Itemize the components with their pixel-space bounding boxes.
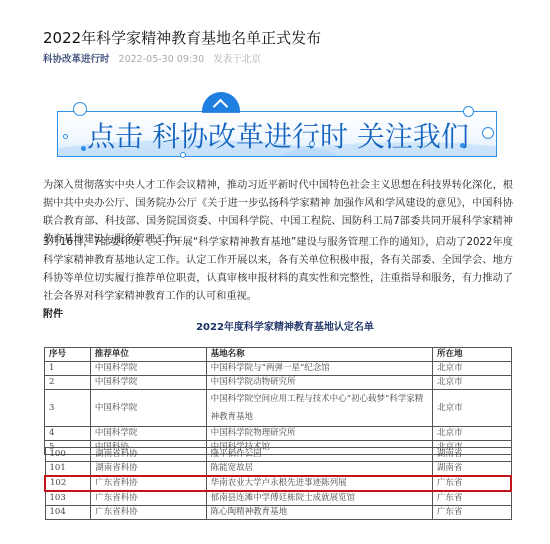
column-header-no: 序号: [45, 348, 91, 362]
column-header-name: 基地名称: [206, 348, 433, 362]
cell-no: 102: [45, 476, 91, 491]
article-meta: 科协改革进行时 2022-05-30 09:30 发表于北京: [43, 51, 261, 65]
cell-unit: 中国科学院: [90, 390, 206, 427]
cell-unit: 中国科学院: [90, 362, 206, 376]
cell-no: 1: [45, 362, 91, 376]
cell-name: 华南农业大学卢永根先进事迹陈列展: [206, 476, 432, 491]
cell-no: 3: [45, 390, 91, 427]
table-row: 103 广东省科协 郁南县连滩中学傅廷栋院士成就展览馆 广东省: [45, 491, 511, 506]
column-header-unit: 推荐单位: [90, 348, 206, 362]
cell-no: 103: [45, 491, 91, 506]
table-row: 1 中国科学院 中国科学院与“两弹一星”纪念馆 北京市: [45, 362, 512, 376]
cell-no: 4: [45, 427, 91, 441]
cell-name: 陈能宽故居: [206, 462, 432, 477]
roster-table-part1: 序号 推荐单位 基地名称 所在地 1 中国科学院 中国科学院与“两弹一星”纪念馆…: [44, 347, 512, 455]
cell-unit: 广东省科协: [91, 506, 206, 520]
cell-location: 北京市: [433, 362, 512, 376]
bubble-icon: [482, 127, 494, 139]
cell-unit: 广东省科协: [91, 476, 206, 491]
banner-text: 点击 科协改革进行时 关注我们: [58, 115, 497, 155]
cell-name: 陈心陶精神教育基地: [206, 506, 432, 520]
table-header-row: 序号 推荐单位 基地名称 所在地: [45, 348, 512, 362]
publish-location: 发表于北京: [213, 54, 261, 65]
cell-location: 北京市: [433, 376, 512, 390]
cell-no: 101: [45, 462, 91, 477]
bubble-icon: [309, 141, 315, 147]
cell-unit: 湖南省科协: [91, 462, 206, 477]
cell-no: 2: [45, 376, 91, 390]
table-row-highlighted: 102 广东省科协 华南农业大学卢永根先进事迹陈列展 广东省: [45, 476, 511, 491]
cell-location: 湖南省: [432, 462, 511, 477]
bubble-icon: [463, 106, 474, 117]
roster-table-part2: 100 湖南省科协 隆平稻作公园 湖南省 101 湖南省科协 陈能宽故居 湖南省…: [44, 447, 512, 520]
cell-name: 中国科学院物理研究所: [206, 427, 433, 441]
list-title: 2022年度科学家精神教育基地认定名单: [0, 318, 550, 333]
follow-banner[interactable]: 点击 科协改革进行时 关注我们: [57, 88, 499, 160]
cell-name: 郁南县连滩中学傅廷栋院士成就展览馆: [206, 491, 432, 506]
paragraph-notice: 3月16日，7部委印发《关于开展“科学家精神教育基地”建设与服务管理工作的通知》…: [43, 234, 513, 306]
publish-time: 2022-05-30 09:30: [119, 54, 205, 65]
table-row: 100 湖南省科协 隆平稻作公园 湖南省: [45, 448, 511, 462]
bubble-icon: [460, 143, 465, 148]
article-title: 2022年科学家精神教育基地名单正式发布: [43, 27, 321, 48]
account-name-link[interactable]: 科协改革进行时: [43, 54, 110, 65]
cell-unit: 中国科学院: [90, 427, 206, 441]
bubble-icon: [73, 102, 87, 116]
table-row: 2 中国科学院 中国科学院动物研究所 北京市: [45, 376, 512, 390]
cell-no: 100: [45, 448, 91, 462]
cell-name: 中国科学院动物研究所: [206, 376, 433, 390]
cell-no: 104: [45, 506, 91, 520]
column-header-location: 所在地: [433, 348, 512, 362]
bubble-icon: [63, 134, 68, 139]
cell-unit: 湖南省科协: [91, 448, 206, 462]
cell-name: 中国科学院与“两弹一星”纪念馆: [206, 362, 433, 376]
bubble-icon: [81, 146, 86, 151]
cell-unit: 广东省科协: [91, 491, 206, 506]
cell-location: 广东省: [432, 476, 511, 491]
cell-location: 湖南省: [432, 448, 511, 462]
table-row: 101 湖南省科协 陈能宽故居 湖南省: [45, 462, 511, 477]
cell-name: 中国科学院空间应用工程与技术中心“初心载梦”科学家精神教育基地: [206, 390, 433, 427]
cell-location: 广东省: [432, 491, 511, 506]
table-row: 104 广东省科协 陈心陶精神教育基地 广东省: [45, 506, 511, 520]
cell-location: 北京市: [433, 390, 512, 427]
table-row: 4 中国科学院 中国科学院物理研究所 北京市: [45, 427, 512, 441]
cell-name: 隆平稻作公园: [206, 448, 432, 462]
cell-unit: 中国科学院: [90, 376, 206, 390]
table-row: 3 中国科学院 中国科学院空间应用工程与技术中心“初心载梦”科学家精神教育基地 …: [45, 390, 512, 427]
cell-location: 北京市: [433, 427, 512, 441]
cell-location: 广东省: [432, 506, 511, 520]
banner-box: 点击 科协改革进行时 关注我们: [57, 111, 497, 157]
bubble-icon: [180, 152, 186, 158]
